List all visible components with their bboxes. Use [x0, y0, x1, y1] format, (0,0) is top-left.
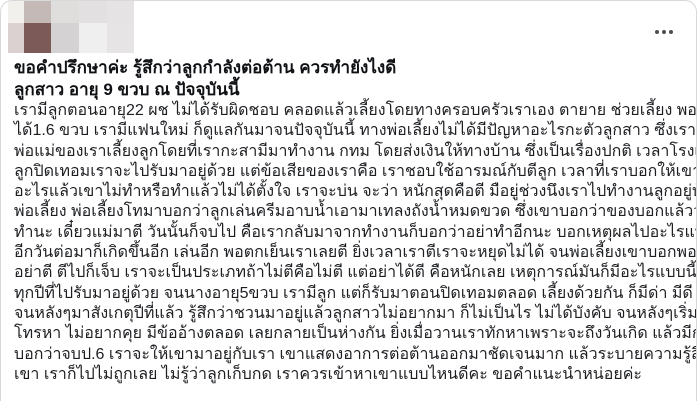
post-body-line: อะไรแล้วเขาไม่ทำหรือทำแล้วไม่ได้ตั้งใจ เ…: [14, 182, 697, 202]
avatar-pixel: [8, 23, 24, 53]
post-body-line: เขา เราก็ไปไม่ถูกเลย ไม่รู้ว่าลูกเก็บกด …: [14, 365, 697, 385]
post-body-line: เรามีลูกตอนอายุ22 ผช ไม่ได้รับผิดชอบ คลอ…: [14, 101, 697, 121]
post-body-line: จนหลังๆมาสังเกตุปีที่แล้ว รู้สึกว่าชวนมา…: [14, 304, 697, 324]
avatar-pixel: [79, 1, 107, 23]
avatar-pixel: [24, 1, 51, 23]
post-body-line: พ่อเลี้ยง พ่อเลี้ยงโทมาบอกว่าลูกเล่นครีม…: [14, 202, 697, 222]
avatar-pixel: [107, 1, 134, 23]
avatar-pixel: [51, 23, 79, 53]
post-title-line: ขอคำปรึกษาค่ะ รู้สึกว่าลูกกำลังต่อต้าน ค…: [14, 57, 396, 79]
avatar-pixel: [8, 1, 24, 23]
post-body-line: อย่าตี ตีไปก็เจ็บ เราจะเป็นประเภทถ้าไม่ต…: [14, 263, 697, 283]
post-body-line: ได้1.6 ขวบ เรามีแฟนใหม่ ก็ดูแลกันมาจนปัจ…: [14, 121, 697, 141]
ellipsis-dot-icon: [662, 30, 666, 34]
post-body-line: อีกวันต่อมาก็เกิดขึ้นอีก เล่นอีก พอตกเย็…: [14, 243, 697, 263]
ellipsis-dot-icon: [655, 30, 659, 34]
post-card: ขอคำปรึกษาค่ะ รู้สึกว่าลูกกำลังต่อต้าน ค…: [0, 0, 697, 393]
post-title: ขอคำปรึกษาค่ะ รู้สึกว่าลูกกำลังต่อต้าน ค…: [14, 57, 396, 101]
ellipsis-dot-icon: [669, 30, 673, 34]
avatar[interactable]: [8, 1, 134, 53]
post-body-line: ลูกปิดเทอมเราจะไปรับมาอยู่ด้วย แต่ข้อเสี…: [14, 162, 697, 182]
post-body: เรามีลูกตอนอายุ22 ผช ไม่ได้รับผิดชอบ คลอ…: [14, 101, 697, 385]
post-title-line: ลูกสาว อายุ 9 ขวบ ณ ปัจจุบันนี้: [14, 79, 396, 101]
post-body-line: โทรหา ไม่อยากคุย มีข้ออ้างตลอด เลยกลายเป…: [14, 324, 697, 344]
avatar-pixel: [79, 23, 107, 53]
post-body-line: ทำนะ เดี๋ยวแม่มาตี วันนั้นก็จบไป คือเราก…: [14, 223, 697, 243]
post-body-line: บอกว่าจบป.6 เราจะให้เขามาอยู่กับเรา เขาแ…: [14, 345, 697, 365]
post-body-line: พ่อแม่ของเราเลี้ยงลูกโดยที่เรากะสามีมาทำ…: [14, 142, 697, 162]
post-body-line: ทุกปีที่ไปรับมาอยู่ด้วย จนนางอายุ5ขวบ เร…: [14, 284, 697, 304]
avatar-pixel: [51, 1, 79, 23]
more-options-button[interactable]: [645, 22, 683, 42]
avatar-pixel: [24, 23, 51, 53]
avatar-pixel: [107, 23, 134, 53]
